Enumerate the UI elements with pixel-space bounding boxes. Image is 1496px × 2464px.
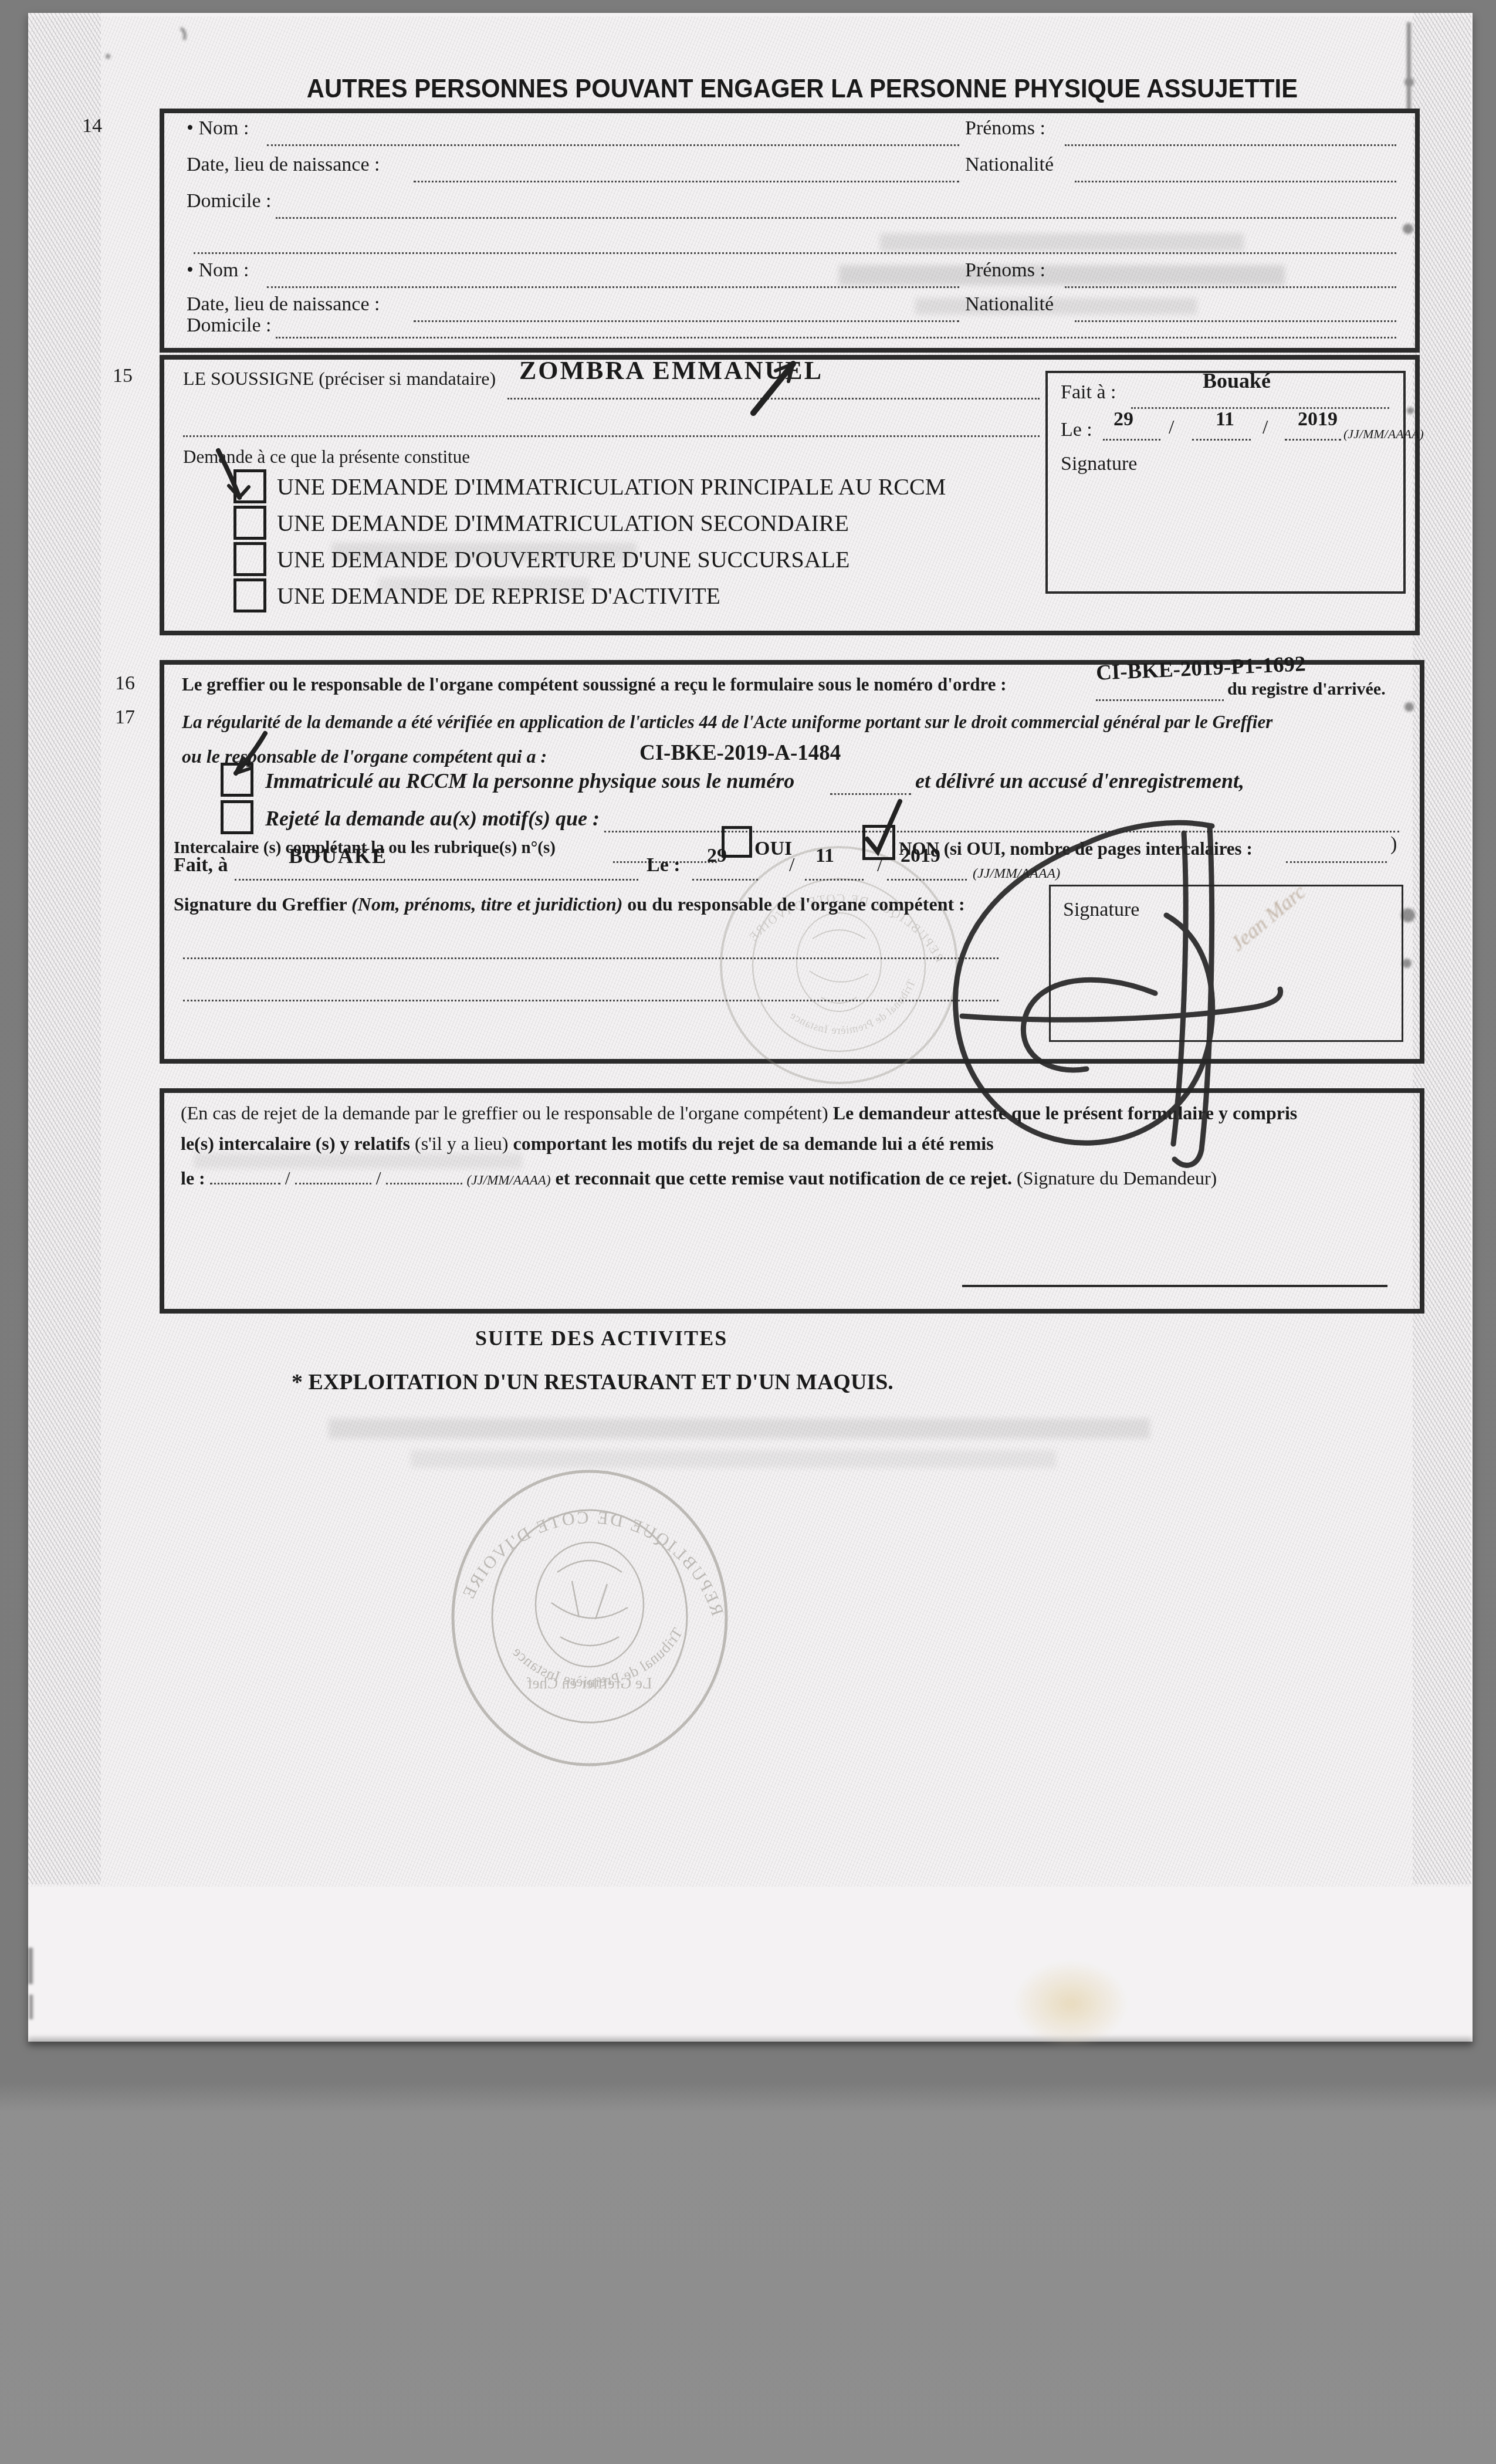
- non-check-mark: [867, 801, 900, 852]
- immatricule-arrow-mark: [236, 733, 265, 773]
- ink-layer: [0, 0, 1496, 2464]
- greffier-signature: [955, 823, 1280, 1165]
- scanned-document-canvas: REPUBLIQUE DE COTE D'IVOIRE Tribunal de …: [0, 0, 1496, 2464]
- demande-arrow-mark: [218, 451, 249, 497]
- zombra-check-mark: [753, 364, 793, 413]
- ink-blotches: [28, 22, 1415, 2019]
